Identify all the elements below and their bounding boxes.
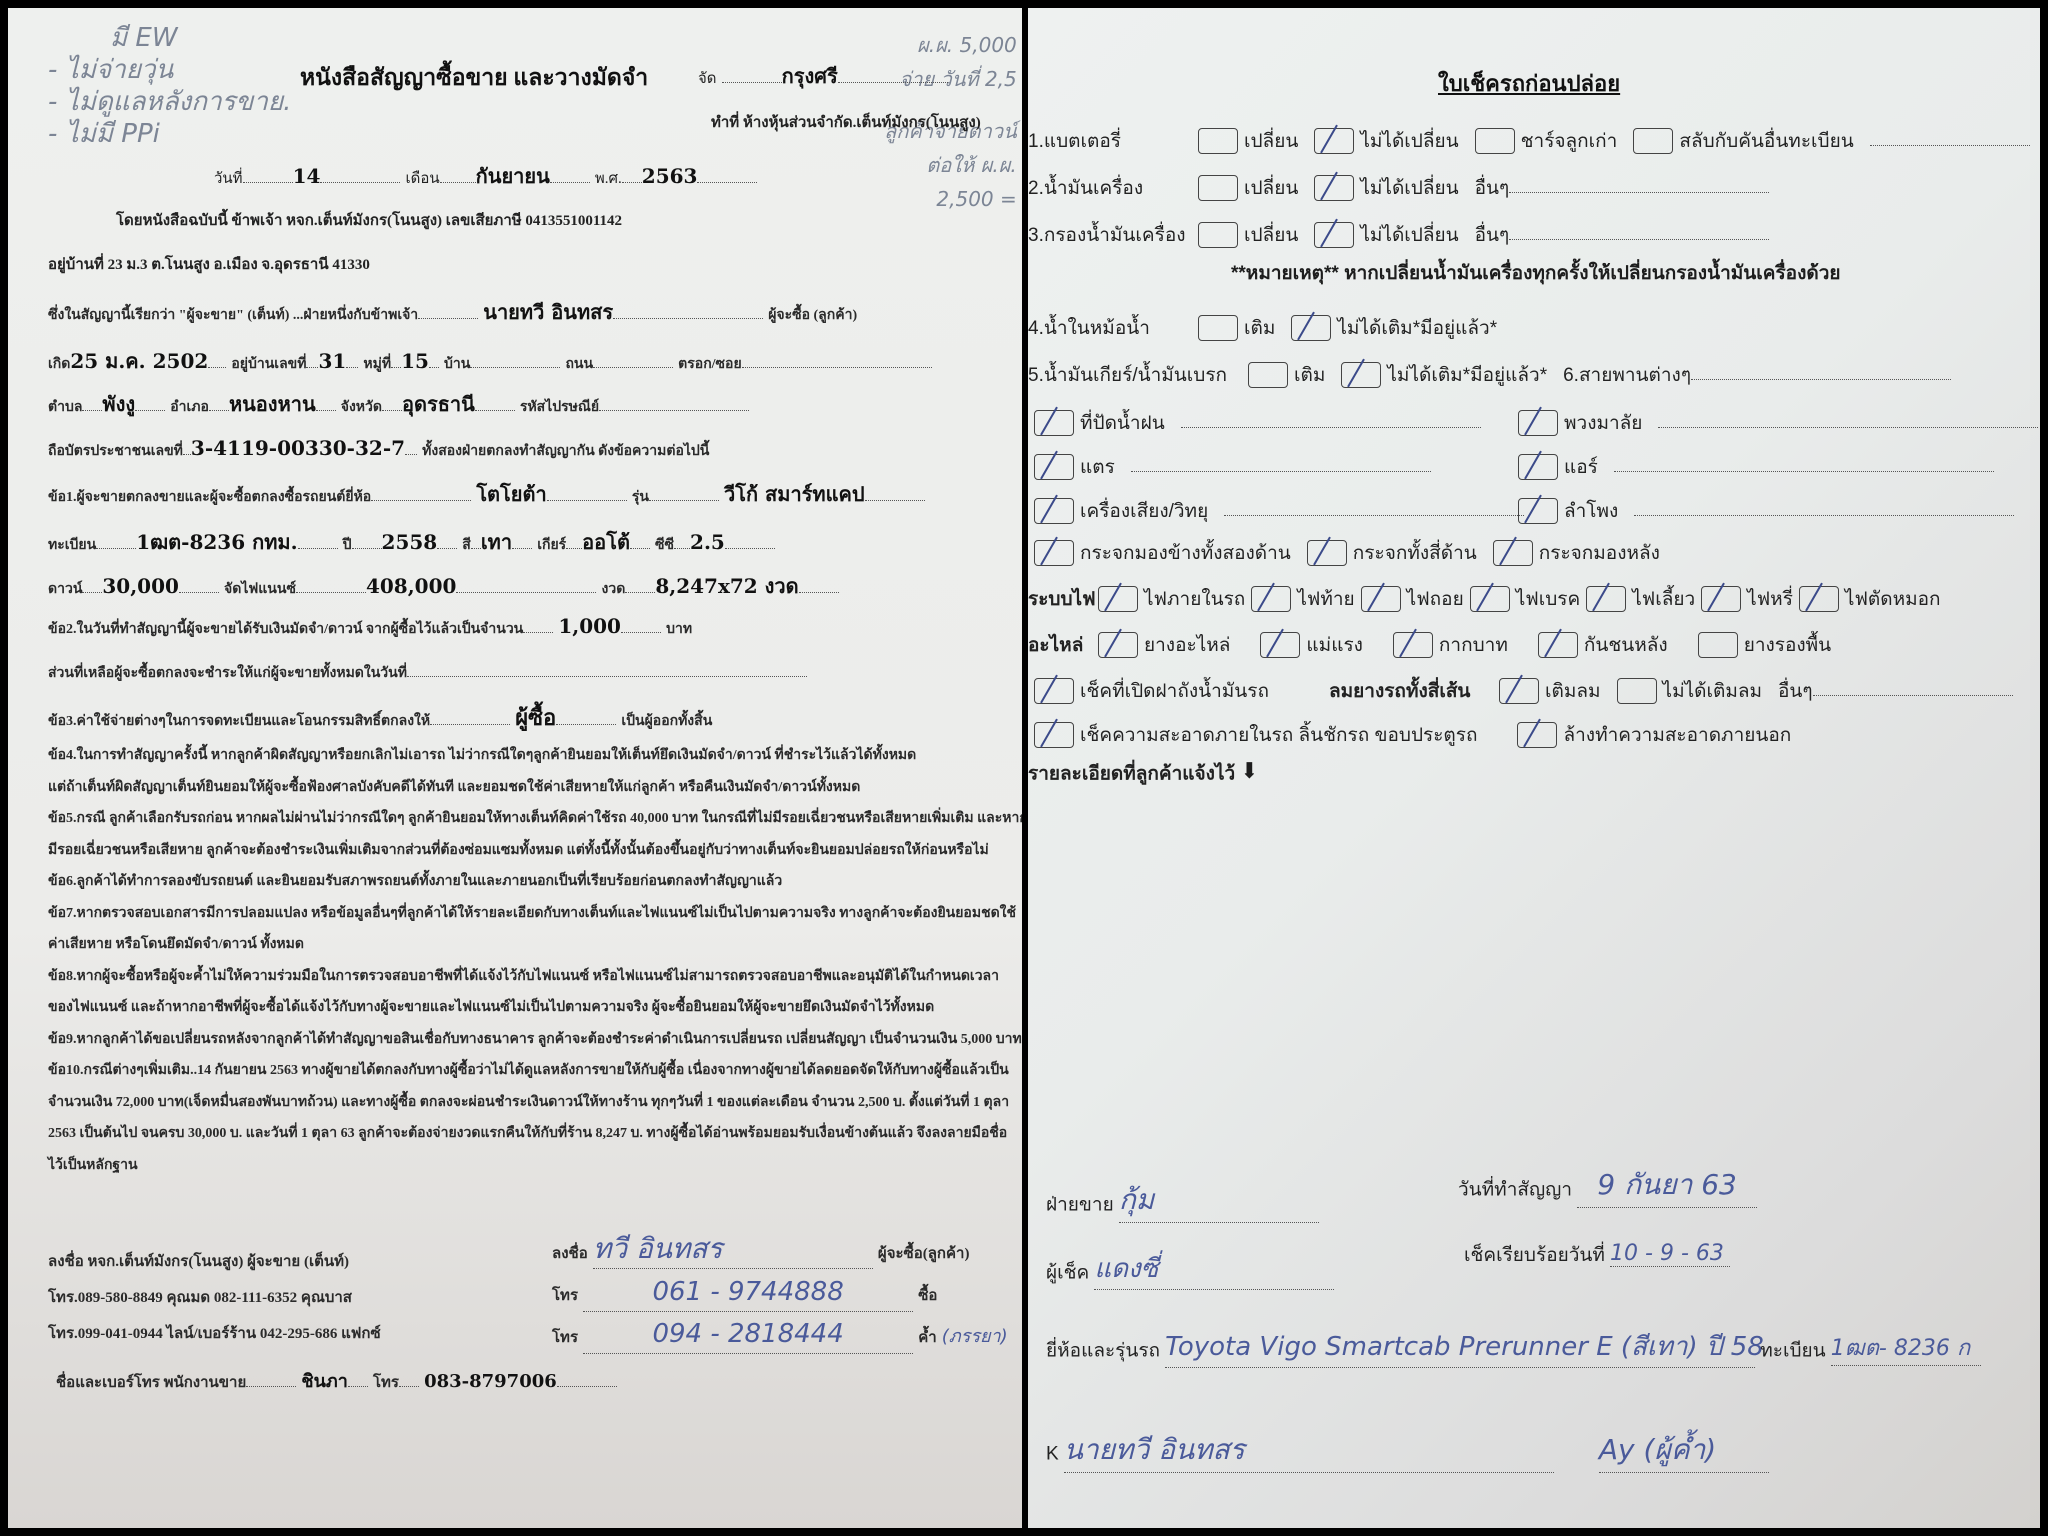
clause-line: ข้อ10.กรณีต่างๆเพิ่มเติม..14 กันยายน 256…	[48, 1055, 1022, 1087]
checklist-item-label: เติม	[1244, 318, 1275, 339]
birth-date: 25 ม.ค. 2502	[70, 349, 208, 373]
checklist-row: ลำโพง	[1518, 496, 2014, 526]
checked-checkbox[interactable]	[1034, 722, 1074, 748]
checklist-item-label: ยางรองพื้น	[1744, 635, 1832, 656]
checklist-item[interactable]: เช็คความสะอาดภายในรถ ลิ้นชักรถ ขอบประตูร…	[1034, 720, 1477, 750]
clause-line: ไว้เป็นหลักฐาน	[48, 1150, 1022, 1182]
checkbox[interactable]	[1617, 678, 1657, 704]
checklist-item-label: เปลี่ยน	[1244, 131, 1298, 152]
salesperson-name: ชินภา	[301, 1371, 348, 1392]
tel-label: โทร	[552, 1288, 578, 1304]
clause3-payer: ผู้ซื้อ	[515, 705, 556, 731]
cc: 2.5	[690, 530, 725, 554]
dotted-line	[1813, 679, 2013, 696]
checklist-item-label: ชาร์จลูกเก่า	[1521, 131, 1618, 152]
id-suffix: ทั้งสองฝ่ายตกลงทำสัญญากัน ดังข้อความต่อไ…	[422, 444, 709, 459]
seller-value: กุ้ม	[1119, 1178, 1319, 1223]
note-line: - ไม่มี PPi	[48, 118, 291, 150]
checklist-item[interactable]: ที่ปัดน้ำฝน	[1034, 408, 1165, 438]
row-label: อะไหล่	[1028, 630, 1098, 660]
checklist-row: เครื่องเสียง/วิทยุ	[1034, 496, 1524, 526]
down-payment: 30,000	[102, 574, 179, 598]
down-label: ดาวน์	[48, 582, 82, 597]
row-label: 6.สายพานต่างๆ	[1563, 360, 1691, 390]
checklist-item-label: ไฟท้าย	[1297, 589, 1354, 610]
signature-row: K นายทวี อินทสร Ay (ผู้ค้ำ)	[1046, 1428, 1769, 1473]
salesperson-label: ชื่อและเบอร์โทร พนักงานขาย	[56, 1375, 246, 1391]
checklist-item-label: ยางอะไหล่	[1144, 635, 1230, 656]
seller-label: ฝ่ายขาย	[1046, 1195, 1114, 1216]
checkbox[interactable]	[1198, 315, 1238, 341]
checklist-item-label: กันชนหลัง	[1584, 635, 1668, 656]
installments: 8,247x72 งวด	[655, 574, 798, 598]
remaining-label: ส่วนที่เหลือผู้จะซื้อตกลงจะชำระให้แก่ผู้…	[48, 666, 407, 681]
dotted-line	[1691, 363, 1951, 380]
checklist-item-label: กากบาท	[1439, 635, 1508, 656]
birth-label: เกิด	[48, 357, 70, 372]
model-label: รุ่น	[632, 490, 649, 505]
checklist-item-label: ไม่ได้เปลี่ยน	[1360, 225, 1458, 246]
clause3-label: ข้อ3.ค่าใช้จ่ายต่างๆในการจดทะเบียนและโอน…	[48, 714, 430, 729]
arrow-down-icon: ⬇	[1240, 758, 1258, 784]
checklist-item[interactable]: ลำโพง	[1518, 496, 1618, 526]
vehicle-details-line: ทะเบียน1ฒต-8236 กทม. ปี2558 สีเทา เกียร์…	[48, 526, 775, 558]
checklist-item[interactable]: ชาร์จลูกเก่า	[1475, 126, 1618, 156]
checklist-item[interactable]: ไฟตัดหมอก	[1799, 584, 1941, 614]
handwritten-notes-left: มี EW - ไม่จ่ายวุ่น - ไม่ดูแลหลังการขาย.…	[48, 22, 291, 150]
checklist-item[interactable]: เครื่องเสียง/วิทยุ	[1034, 496, 1208, 526]
road-label: ถนน	[565, 357, 593, 372]
province-label: จัด	[698, 71, 717, 87]
row-label: ระบบไฟ	[1028, 584, 1098, 614]
k-label: K	[1046, 1444, 1059, 1465]
row-label: 2.น้ำมันเครื่อง	[1028, 173, 1198, 203]
checkbox[interactable]	[1198, 222, 1238, 248]
checklist-item-label: ลำโพง	[1564, 501, 1618, 522]
contract-clauses: ข้อ4.ในการทำสัญญาครั้งนี้ หากลูกค้าผิดสั…	[48, 740, 1022, 1181]
buyer-phone2-suffix: ค้ำ	[918, 1330, 936, 1346]
note-line: - ไม่ดูแลหลังการขาย.	[48, 86, 291, 118]
row-label: อื่นๆ	[1475, 173, 1510, 203]
checklist-row: 5.น้ำมันเกียร์/น้ำมันเบรกเติมไม่ได้เติม*…	[1028, 360, 1951, 390]
salesperson-line: ชื่อและเบอร์โทร พนักงานขาย ชินภา โทร 083…	[56, 1366, 617, 1395]
cc-label: ซีซี	[655, 538, 674, 553]
checklist-item-label: ไฟเลี้ยว	[1632, 589, 1695, 610]
checklist-row: อะไหล่ยางอะไหล่แม่แรงกากบาทกันชนหลังยางร…	[1028, 630, 1861, 660]
checklist-row: แอร์	[1518, 452, 1994, 482]
year-label: ปี	[343, 538, 352, 553]
checklist-item-label: เครื่องเสียง/วิทยุ	[1080, 501, 1208, 522]
contract-date-value: 9 กันยา 63	[1577, 1163, 1757, 1208]
clause3-suffix: เป็นผู้ออกทั้งสิ้น	[621, 714, 712, 729]
dotted-line	[1658, 411, 2038, 428]
details-label-row: รายละเอียดที่ลูกค้าแจ้งไว้ ⬇	[1028, 758, 1259, 789]
checklist-item-label: ไม่ได้เติม*มีอยู่แล้ว*	[1387, 365, 1547, 386]
car-color: เทา	[481, 530, 512, 554]
checklist-item[interactable]: เช็คที่เปิดฝาถังน้ำมันรถ	[1034, 676, 1269, 706]
row-label: 3.กรองน้ำมันเครื่อง	[1028, 220, 1198, 250]
checked-checkbox[interactable]	[1361, 586, 1401, 612]
checklist-row: เช็คความสะอาดภายในรถ ลิ้นชักรถ ขอบประตูร…	[1034, 720, 1831, 750]
checked-checkbox[interactable]	[1518, 498, 1558, 524]
dotted-line	[1224, 499, 1524, 516]
seller-phone2: โทร.099-041-0944 ไลน์/เบอร์ร้าน 042-295-…	[48, 1316, 381, 1352]
checklist-item-label: ไฟหรี่	[1747, 589, 1793, 610]
note-line: มี EW	[48, 22, 291, 54]
contract-date: วันที่14 เดือนกันยายน พ.ศ.2563	[214, 160, 757, 192]
village-label: บ้าน	[444, 357, 470, 372]
checklist-item-label: กระจกทั้งสี่ด้าน	[1353, 543, 1477, 564]
row-label: อื่นๆ	[1475, 220, 1510, 250]
checklist-item[interactable]: เปลี่ยน	[1198, 220, 1298, 250]
contract-title: หนังสือสัญญาซื้อขาย และวางมัดจำ	[300, 60, 648, 96]
checklist-item[interactable]: เปลี่ยน	[1198, 173, 1298, 203]
gear-label: เกียร์	[537, 538, 566, 553]
checklist-item[interactable]: ยางรองพื้น	[1698, 630, 1832, 660]
plate-label: ทะเบียน	[48, 538, 96, 553]
dotted-line	[1181, 411, 1481, 428]
checked-checkbox[interactable]	[1034, 540, 1074, 566]
clause-line: ข้อ8.หากผู้จะซื้อหรือผู้จะค้ำไม่ให้ความร…	[48, 961, 1022, 993]
contract-page: มี EW - ไม่จ่ายวุ่น - ไม่ดูแลหลังการขาย.…	[8, 8, 1022, 1528]
checked-checkbox[interactable]	[1260, 632, 1300, 658]
house-no-label: อยู่บ้านเลขที่	[231, 357, 306, 372]
checked-checkbox[interactable]	[1034, 678, 1074, 704]
birth-address-line: เกิด25 ม.ค. 2502 อยู่บ้านเลขที่31 หมู่ที…	[48, 345, 932, 377]
checklist-row: ระบบไฟไฟภายในรถไฟท้ายไฟถอยไฟเบรคไฟเลี้ยว…	[1028, 584, 1947, 614]
checklist-item[interactable]: ไฟภายในรถ	[1098, 584, 1245, 614]
checked-date-label: เช็คเรียบร้อยวันที่	[1464, 1245, 1605, 1266]
id-number: 3-4119-00330-32-7	[191, 436, 405, 460]
dotted-line	[1131, 455, 1431, 472]
id-line: ถือบัตรประชาชนเลขที่3-4119-00330-32-7 ทั…	[48, 436, 709, 462]
checklist-item[interactable]: กากบาท	[1393, 630, 1508, 660]
checked-date-field: เช็คเรียบร้อยวันที่ 10 - 9 - 63	[1464, 1240, 1730, 1270]
checklist-item-label: ไม่ได้เติมลม	[1663, 681, 1763, 702]
remaining-line: ส่วนที่เหลือผู้จะซื้อตกลงจะชำระให้แก่ผู้…	[48, 660, 807, 684]
checked-checkbox[interactable]	[1314, 175, 1354, 201]
checklist-item-label: ไฟตัดหมอก	[1845, 589, 1941, 610]
row-label: 4.น้ำในหม้อน้ำ	[1028, 313, 1198, 343]
baht-label: บาท	[666, 622, 692, 637]
finance-amount: 408,000	[366, 574, 456, 598]
checklist-item-label: ไม่ได้เติม*มีอยู่แล้ว*	[1337, 318, 1497, 339]
checklist-item-label: กระจกมองข้างทั้งสองด้าน	[1080, 543, 1291, 564]
finance-label: จัดไฟแนนซ์	[224, 582, 296, 597]
checked-checkbox[interactable]	[1393, 632, 1433, 658]
checklist-row: แตร	[1034, 452, 1431, 482]
province2-label: จังหวัด	[341, 400, 382, 415]
checklist-note: **หมายเหตุ** หากเปลี่ยนน้ำมันเครื่องทุกค…	[1231, 258, 1841, 288]
clause3-line: ข้อ3.ค่าใช้จ่ายต่างๆในการจดทะเบียนและโอน…	[48, 700, 712, 735]
note-line: - ไม่จ่ายวุ่น	[48, 54, 291, 86]
moo: 15	[401, 349, 429, 373]
district-label: อำเภอ	[170, 400, 209, 415]
checked-checkbox[interactable]	[1251, 586, 1291, 612]
clause-line: ของไฟแนนซ์ และถ้าหากอาชีพที่ผู้จะซื้อได้…	[48, 992, 1022, 1024]
checklist-row: พวงมาลัย	[1518, 408, 2038, 438]
checklist-item[interactable]: เปลี่ยน	[1198, 126, 1298, 156]
color-label: สี	[462, 538, 471, 553]
checkbox[interactable]	[1475, 128, 1515, 154]
district: หนองหาน	[229, 392, 316, 416]
plate-label: ทะเบียน	[1760, 1341, 1825, 1362]
checked-checkbox[interactable]	[1586, 586, 1626, 612]
checklist-item[interactable]: ไม่ได้เติม*มีอยู่แล้ว*	[1341, 360, 1547, 390]
checklist-row: 3.กรองน้ำมันเครื่องเปลี่ยนไม่ได้เปลี่ยนอ…	[1028, 220, 1769, 250]
checklist-item-label: ไม่ได้เปลี่ยน	[1360, 178, 1458, 199]
dotted-line	[1870, 129, 2030, 146]
month-label: เดือน	[406, 171, 440, 187]
witness-signature: Ay (ผู้ค้ำ)	[1599, 1428, 1769, 1473]
checklist-item[interactable]: สลับกับคันอื่นทะเบียน	[1633, 126, 1853, 156]
tel-label: โทร	[552, 1330, 578, 1346]
checked-checkbox[interactable]	[1307, 540, 1347, 566]
id-label: ถือบัตรประชาชนเลขที่	[48, 444, 183, 459]
buyer-suffix: ผู้จะซื้อ (ลูกค้า)	[768, 308, 857, 323]
checkbox[interactable]	[1198, 128, 1238, 154]
checklist-item-label: เติมลม	[1545, 681, 1601, 702]
checklist-item[interactable]: เติมลม	[1499, 676, 1601, 706]
checklist-row: กระจกมองข้างทั้งสองด้านกระจกทั้งสี่ด้านก…	[1034, 538, 1676, 568]
party-prefix: ซึ่งในสัญญานี้เรียกว่า "ผู้จะขาย" (เต็นท…	[48, 308, 418, 323]
clause-line: ข้อ9.หากลูกค้าได้ขอเปลี่ยนรถหลังจากลูกค้…	[48, 1024, 1022, 1056]
checklist-row: 1.แบตเตอรี่เปลี่ยนไม่ได้เปลี่ยนชาร์จลูกเ…	[1028, 126, 2030, 156]
address-line: อยู่บ้านที่ 23 ม.3 ต.โนนสูง อ.เมือง จ.อุ…	[48, 252, 370, 276]
checklist-item[interactable]: ไฟเลี้ยว	[1586, 584, 1695, 614]
checklist-item-label: ไฟภายในรถ	[1144, 589, 1245, 610]
house-no: 31	[318, 349, 346, 373]
seller-signature-block: ลงชื่อ หจก.เต็นท์มังกร(โนนสูง) ผู้จะขาย …	[48, 1244, 381, 1352]
checkbox[interactable]	[1633, 128, 1673, 154]
checked-checkbox[interactable]	[1518, 454, 1558, 480]
checked-checkbox[interactable]	[1314, 128, 1354, 154]
car-value: Toyota Vigo Smartcab Prerunner E (สีเทา)…	[1165, 1326, 1755, 1368]
checklist-row: 2.น้ำมันเครื่องเปลี่ยนไม่ได้เปลี่ยนอื่นๆ	[1028, 173, 1769, 203]
guarantor-note: (ภรรยา)	[942, 1326, 1008, 1347]
province2: อุดรธานี	[402, 392, 475, 416]
checked-checkbox[interactable]	[1799, 586, 1839, 612]
checklist-item[interactable]: ไม่ได้เติม*มีอยู่แล้ว*	[1291, 313, 1497, 343]
checkbox[interactable]	[1248, 362, 1288, 388]
checklist-item-label: แม่แรง	[1306, 635, 1363, 656]
checklist-item[interactable]: กระจกทั้งสี่ด้าน	[1307, 538, 1477, 568]
checked-checkbox[interactable]	[1034, 454, 1074, 480]
year-value: 2563	[642, 164, 698, 188]
car-model: วีโก้ สมาร์ทแคป	[724, 482, 865, 506]
checklist-item[interactable]: ไฟท้าย	[1251, 584, 1354, 614]
checklist-item-label: เปลี่ยน	[1244, 178, 1298, 199]
checklist-item[interactable]: ไฟเบรค	[1470, 584, 1580, 614]
checklist-row: เช็คที่เปิดฝาถังน้ำมันรถลมยางรถทั้งสี่เส…	[1034, 676, 2013, 706]
buyer-signature-block: ลงชื่อ ทวี อินทสร ผู้จะซื้อ(ลูกค้า) โทร …	[552, 1230, 1008, 1357]
checklist-title: ใบเช็ครถก่อนปล่อย	[1438, 66, 1620, 101]
checklist-item-label: สลับกับคันอื่นทะเบียน	[1679, 131, 1853, 152]
checklist-item-label: ล้างทำความสะอาดภายนอก	[1563, 725, 1791, 746]
checklist-page: ใบเช็ครถก่อนปล่อย 1.แบตเตอรี่เปลี่ยนไม่ไ…	[1028, 8, 2040, 1528]
checklist-item[interactable]: ไม่ได้เปลี่ยน	[1314, 126, 1458, 156]
checklist-row: 4.น้ำในหม้อน้ำเติมไม่ได้เติม*มีอยู่แล้ว*	[1028, 313, 1513, 343]
checklist-item[interactable]: ล้างทำความสะอาดภายนอก	[1517, 720, 1791, 750]
district-line: ตำบลพังงู อำเภอหนองหาน จังหวัดอุดรธานี ร…	[48, 388, 749, 420]
checklist-item[interactable]: เติม	[1198, 313, 1275, 343]
checklist-item[interactable]: กันชนหลัง	[1538, 630, 1668, 660]
postcode-label: รหัสไปรษณีย์	[520, 400, 599, 415]
checker-field: ผู้เช็ค แดงซี่	[1046, 1248, 1334, 1290]
buyer-sign-suffix: ผู้จะซื้อ(ลูกค้า)	[878, 1246, 970, 1262]
checklist-item[interactable]: ไม่ได้เติมลม	[1617, 676, 1763, 706]
intro-line: โดยหนังสือฉบับนี้ ข้าพเจ้า หจก.เต็นท์มัง…	[116, 208, 622, 232]
clause-line: ข้อ5.กรณี ลูกค้าเลือกรับรถก่อน หากผลไม่ผ…	[48, 803, 1022, 835]
checklist-item[interactable]: ไฟหรี่	[1701, 584, 1793, 614]
checked-checkbox[interactable]	[1538, 632, 1578, 658]
checklist-item[interactable]: แม่แรง	[1260, 630, 1363, 660]
checklist-item-label: กระจกมองหลัง	[1539, 543, 1660, 564]
checklist-item[interactable]: พวงมาลัย	[1518, 408, 1642, 438]
checklist-item[interactable]: ไฟถอย	[1361, 584, 1464, 614]
checker-value: แดงซี่	[1094, 1248, 1334, 1290]
checked-checkbox[interactable]	[1314, 222, 1354, 248]
dotted-line	[1509, 223, 1769, 240]
checklist-item[interactable]: ไม่ได้เปลี่ยน	[1314, 220, 1458, 250]
clause2-line: ข้อ2.ในวันที่ทำสัญญานี้ผู้จะขายได้รับเงิ…	[48, 614, 692, 640]
buyer-phone1-suffix: ซื้อ	[918, 1288, 937, 1304]
checker-label: ผู้เช็ค	[1046, 1263, 1089, 1284]
checked-checkbox[interactable]	[1517, 722, 1557, 748]
checked-checkbox[interactable]	[1493, 540, 1533, 566]
day-label: วันที่	[214, 171, 243, 187]
checklist-item-label: ที่ปัดน้ำฝน	[1080, 413, 1165, 434]
checked-checkbox[interactable]	[1098, 586, 1138, 612]
year-label: พ.ศ.	[595, 171, 622, 187]
row-label: ลมยางรถทั้งสี่เส้น	[1329, 676, 1499, 706]
clause1-line: ข้อ1.ผู้จะขายตกลงขายและผู้จะซื้อตกลงซื้อ…	[48, 478, 925, 510]
checkbox[interactable]	[1198, 175, 1238, 201]
day-value: 14	[293, 164, 321, 188]
subdistrict: พังงู	[102, 392, 135, 416]
plate: 1ฒต-8236 กทม.	[136, 530, 297, 554]
car-field: ยี่ห้อและรุ่นรถ Toyota Vigo Smartcab Pre…	[1046, 1326, 1981, 1368]
checked-checkbox[interactable]	[1499, 678, 1539, 704]
checklist-item-label: ไฟเบรค	[1516, 589, 1580, 610]
checkbox[interactable]	[1698, 632, 1738, 658]
clause-line: จำนวนเงิน 72,000 บาท(เจ็ดหมื่นสองพันบาทถ…	[48, 1087, 1022, 1119]
checklist-item-label: ไม่ได้เปลี่ยน	[1360, 131, 1458, 152]
seller-phone1: โทร.089-580-8849 คุณมด 082-111-6352 คุณบ…	[48, 1280, 381, 1316]
dotted-line	[1614, 455, 1994, 472]
checklist-item[interactable]: แตร	[1034, 452, 1115, 482]
buyer-name: นายทวี อินทสร	[483, 300, 613, 324]
checked-checkbox[interactable]	[1341, 362, 1381, 388]
checklist-item-label: เช็คความสะอาดภายในรถ ลิ้นชักรถ ขอบประตูร…	[1080, 725, 1477, 746]
details-label: รายละเอียดที่ลูกค้าแจ้งไว้	[1028, 764, 1235, 785]
clause-line: ค่าเสียหาย หรือโดนยึดมัดจำ/ดาวน์ ทั้งหมด	[48, 929, 1022, 961]
clause-line: มีรอยเฉี่ยวชนหรือเสียหาย ลูกค้าจะต้องชำร…	[48, 835, 1022, 867]
plate-value: 1ฒต- 8236 ก	[1831, 1330, 1981, 1366]
checklist-item[interactable]: กระจกมองหลัง	[1493, 538, 1660, 568]
checked-date-value: 10 - 9 - 63	[1610, 1241, 1730, 1267]
payment-line: ดาวน์30,000 จัดไฟแนนซ์408,000 งวด8,247x7…	[48, 570, 839, 602]
clause2-label: ข้อ2.ในวันที่ทำสัญญานี้ผู้จะขายได้รับเงิ…	[48, 622, 523, 637]
checklist-item[interactable]: ยางอะไหล่	[1098, 630, 1230, 660]
buyer-line: ซึ่งในสัญญานี้เรียกว่า "ผู้จะขาย" (เต็นท…	[48, 296, 857, 328]
gear: ออโต้	[582, 530, 630, 554]
contract-date-label: วันที่ทำสัญญา	[1458, 1180, 1572, 1201]
buyer-phone1: 061 - 9744888	[583, 1273, 913, 1312]
clause-line: 2563 เป็นต้นไป จนครบ 30,000 บ. และวันที่…	[48, 1118, 1022, 1150]
checklist-item[interactable]: เติม	[1248, 360, 1325, 390]
dotted-line	[1509, 176, 1769, 193]
buyer-signature: ทวี อินทสร	[593, 1230, 873, 1269]
checked-checkbox[interactable]	[1701, 586, 1741, 612]
checklist-item-label: เติม	[1294, 365, 1325, 386]
car-brand: โตโยต้า	[476, 482, 546, 506]
checklist-item-label: พวงมาลัย	[1564, 413, 1642, 434]
dotted-line	[1634, 499, 2014, 516]
province-value: กรุงศรี	[782, 64, 838, 88]
clause-line: ข้อ7.หากตรวจสอบเอกสารมีการปลอมแปลง หรือข…	[48, 898, 1022, 930]
made-at: ทำที่ ห้างหุ้นส่วนจำกัด.เต็นท์มังกร(โนนส…	[711, 110, 981, 134]
province-field: จัด กรุงศรี	[698, 60, 948, 92]
note-line: 2,500 =	[884, 182, 1017, 216]
checklist-item[interactable]: แอร์	[1518, 452, 1598, 482]
contract-date-field: วันที่ทำสัญญา 9 กันยา 63	[1458, 1163, 1757, 1208]
checklist-item[interactable]: ไม่ได้เปลี่ยน	[1314, 173, 1458, 203]
checklist-item-label: เช็คที่เปิดฝาถังน้ำมันรถ	[1080, 681, 1269, 702]
note-line: ต่อให้ ผ.ผ.	[884, 148, 1017, 182]
note-line: ผ.ผ. 5,000	[884, 28, 1017, 62]
salesperson-tel: 083-8797006	[424, 1371, 557, 1392]
checked-checkbox[interactable]	[1034, 410, 1074, 436]
car-label: ยี่ห้อและรุ่นรถ	[1046, 1341, 1160, 1362]
checklist-item-label: แอร์	[1564, 457, 1598, 478]
checklist-row: ที่ปัดน้ำฝน	[1034, 408, 1481, 438]
row-label: 1.แบตเตอรี่	[1028, 126, 1198, 156]
checklist-item[interactable]: กระจกมองข้างทั้งสองด้าน	[1034, 538, 1291, 568]
seller-sign: ลงชื่อ หจก.เต็นท์มังกร(โนนสูง) ผู้จะขาย …	[48, 1244, 381, 1280]
checked-checkbox[interactable]	[1470, 586, 1510, 612]
car-year: 2558	[382, 530, 438, 554]
salesperson-tel-label: โทร	[373, 1375, 399, 1391]
seller-field: ฝ่ายขาย กุ้ม	[1046, 1178, 1319, 1223]
checked-checkbox[interactable]	[1098, 632, 1138, 658]
row-label: อื่นๆ	[1778, 676, 1813, 706]
deposit: 1,000	[558, 614, 621, 638]
checklist-item-label: ไฟถอย	[1407, 589, 1464, 610]
checklist-item-label: เปลี่ยน	[1244, 225, 1298, 246]
moo-label: หมู่ที่	[363, 357, 391, 372]
buyer-phone2: 094 - 2818444	[583, 1315, 913, 1354]
checked-checkbox[interactable]	[1034, 498, 1074, 524]
clause-line: แต่ถ้าเต็นท์ผิดสัญญาเต็นท์ยินยอมให้ผู้จะ…	[48, 772, 1022, 804]
clause-line: ข้อ4.ในการทำสัญญาครั้งนี้ หากลูกค้าผิดสั…	[48, 740, 1022, 772]
row-label: 5.น้ำมันเกียร์/น้ำมันเบรก	[1028, 360, 1248, 390]
installment-label: งวด	[602, 582, 626, 597]
checked-checkbox[interactable]	[1518, 410, 1558, 436]
checklist-item-label: แตร	[1080, 457, 1115, 478]
clause1-label: ข้อ1.ผู้จะขายตกลงขายและผู้จะซื้อตกลงซื้อ…	[48, 490, 371, 505]
buyer-sign-label: ลงชื่อ	[552, 1246, 588, 1262]
buyer-signature: นายทวี อินทสร	[1064, 1428, 1554, 1473]
subdistrict-label: ตำบล	[48, 400, 82, 415]
soi-label: ตรอก/ซอย	[678, 357, 742, 372]
checked-checkbox[interactable]	[1291, 315, 1331, 341]
clause-line: ข้อ6.ลูกค้าได้ทำการลองขับรถยนต์ และยินยอ…	[48, 866, 1022, 898]
month-value: กันยายน	[476, 164, 550, 188]
